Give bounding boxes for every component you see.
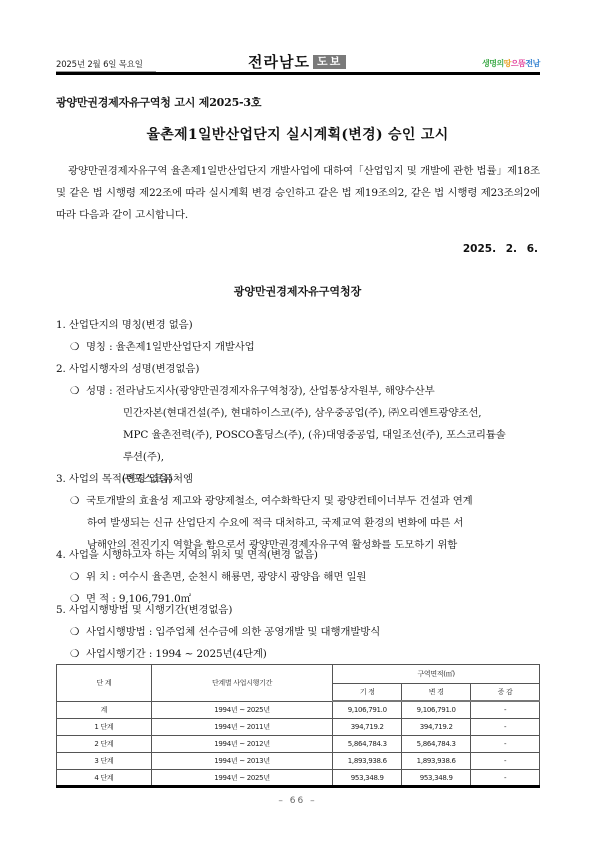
section-5: 5. 사업시행방법 및 시행기간(변경없음) ❍사업시행방법 : 입주업체 선수… bbox=[56, 599, 546, 665]
section-3: 3. 사업의 목적(변경 없음) ❍국토개발의 효율성 제고와 광양제철소, 여… bbox=[56, 468, 546, 556]
cell-existing: 394,719.2 bbox=[333, 719, 402, 736]
section-heading: 4. 사업을 시행하고자 하는 지역의 위치 및 면적(변경 없음) bbox=[56, 544, 546, 566]
circle-bullet-icon: ❍ bbox=[70, 643, 86, 665]
publication-badge: 도보 bbox=[313, 55, 346, 69]
footer-divider bbox=[56, 785, 540, 788]
table-row: 2 단계 1994년 ~ 2012년 5,864,784.3 5,864,784… bbox=[57, 736, 540, 753]
table-row: 4 단계 1994년 ~ 2025년 953,348.9 953,348.9 - bbox=[57, 770, 540, 787]
cell-existing: 5,864,784.3 bbox=[333, 736, 402, 753]
circle-bullet-icon: ❍ bbox=[70, 621, 86, 643]
list-item: ❍위 치 : 여수시 율촌면, 순천시 해룡면, 광양시 광양읍 해면 일원 bbox=[56, 566, 546, 588]
item-text: 사업시행방법 : 입주업체 선수금에 의한 공영개발 및 대행개발방식 bbox=[86, 626, 380, 638]
cell-changed: 953,348.9 bbox=[402, 770, 471, 787]
cell-period: 1994년 ~ 2012년 bbox=[151, 736, 333, 753]
cell-existing: 9,106,791.0 bbox=[333, 701, 402, 719]
item-text: 명칭 : 율촌제1일반산업단지 개발사업 bbox=[86, 341, 255, 353]
circle-bullet-icon: ❍ bbox=[70, 336, 86, 358]
section-heading: 3. 사업의 목적(변경 없음) bbox=[56, 468, 546, 490]
cell-changed: 5,864,784.3 bbox=[402, 736, 471, 753]
publication-name: 전라남도 bbox=[248, 53, 310, 71]
publication-title: 전라남도도보 bbox=[248, 51, 346, 72]
item-text: 성명 : 전라남도지사(광양만권경제자유구역청장), 산업통상자원부, 해양수산… bbox=[86, 385, 435, 397]
table-header-row: 단 계 단계별 사업시행기간 구역면적(㎡) bbox=[57, 665, 540, 684]
slogan-logo: 생명의땅으뜸전남 bbox=[482, 58, 540, 69]
cell-period: 1994년 ~ 2025년 bbox=[151, 770, 333, 787]
notice-date: 2025. 2. 6. bbox=[463, 243, 538, 255]
cell-existing: 1,893,938.6 bbox=[333, 753, 402, 770]
cell-stage: 계 bbox=[57, 701, 152, 719]
cell-diff: - bbox=[471, 770, 540, 787]
list-item: ❍명칭 : 율촌제1일반산업단지 개발사업 bbox=[56, 336, 546, 358]
section-heading: 1. 산업단지의 명칭(변경 없음) bbox=[56, 314, 546, 336]
notice-number: 광양만권경제자유구역청 고시 제2025-3호 bbox=[56, 94, 261, 110]
body-paragraph: 광양만권경제자유구역 율촌제1일반산업단지 개발사업에 대하여「산업입지 및 개… bbox=[56, 160, 540, 226]
section-heading: 2. 사업시행자의 성명(변경없음) bbox=[56, 358, 546, 380]
stage-area-table: 단 계 단계별 사업시행기간 구역면적(㎡) 기 정 변 경 증 감 계 199… bbox=[56, 664, 540, 787]
item-text: 국토개발의 효율성 제고와 광양제철소, 여수화학단지 및 광양컨테이너부두 건… bbox=[86, 495, 473, 507]
page-number: – 66 – bbox=[0, 796, 595, 806]
header-existing: 기 정 bbox=[333, 684, 402, 702]
cell-period: 1994년 ~ 2013년 bbox=[151, 753, 333, 770]
continuation-line: 민간자본(현대건설(주), 현대하이스코(주), 삼우중공업(주), ㈜오리엔트… bbox=[56, 402, 546, 424]
table-row: 3 단계 1994년 ~ 2013년 1,893,938.6 1,893,938… bbox=[57, 753, 540, 770]
header-stage: 단 계 bbox=[57, 665, 152, 702]
cell-stage: 3 단계 bbox=[57, 753, 152, 770]
circle-bullet-icon: ❍ bbox=[70, 566, 86, 588]
cell-changed: 1,893,938.6 bbox=[402, 753, 471, 770]
cell-stage: 4 단계 bbox=[57, 770, 152, 787]
table-row: 1 단계 1994년 ~ 2011년 394,719.2 394,719.2 - bbox=[57, 719, 540, 736]
table-row: 계 1994년 ~ 2025년 9,106,791.0 9,106,791.0 … bbox=[57, 701, 540, 719]
signer: 광양만권경제자유구역청장 bbox=[0, 283, 595, 299]
item-text: 위 치 : 여수시 율촌면, 순천시 해룡면, 광양시 광양읍 해면 일원 bbox=[86, 571, 366, 583]
item-text: 사업시행기간 : 1994 ~ 2025년(4단계) bbox=[86, 648, 267, 660]
cell-period: 1994년 ~ 2025년 bbox=[151, 701, 333, 719]
header-divider bbox=[56, 72, 540, 75]
header-diff: 증 감 bbox=[471, 684, 540, 702]
cell-stage: 1 단계 bbox=[57, 719, 152, 736]
cell-existing: 953,348.9 bbox=[333, 770, 402, 787]
list-item: ❍사업시행기간 : 1994 ~ 2025년(4단계) bbox=[56, 643, 546, 665]
slogan-part: 생명의 bbox=[482, 59, 504, 68]
header-period: 단계별 사업시행기간 bbox=[151, 665, 333, 702]
slogan-part: 전남 bbox=[525, 59, 539, 68]
cell-changed: 9,106,791.0 bbox=[402, 701, 471, 719]
cell-diff: - bbox=[471, 753, 540, 770]
section-heading: 5. 사업시행방법 및 시행기간(변경없음) bbox=[56, 599, 546, 621]
cell-period: 1994년 ~ 2011년 bbox=[151, 719, 333, 736]
section-1: 1. 산업단지의 명칭(변경 없음) ❍명칭 : 율촌제1일반산업단지 개발사업 bbox=[56, 314, 546, 358]
cell-changed: 394,719.2 bbox=[402, 719, 471, 736]
continuation-line: 루션(주), bbox=[56, 446, 546, 468]
circle-bullet-icon: ❍ bbox=[70, 490, 86, 512]
slogan-part: 땅 bbox=[504, 59, 511, 68]
publication-date: 2025년 2월 6일 목요일 bbox=[56, 58, 143, 70]
cell-diff: - bbox=[471, 701, 540, 719]
continuation-line: 하여 발생되는 신규 산업단지 수요에 적극 대처하고, 국제교역 환경의 변화… bbox=[56, 512, 546, 534]
list-item: ❍국토개발의 효율성 제고와 광양제철소, 여수화학단지 및 광양컨테이너부두 … bbox=[56, 490, 546, 512]
cell-diff: - bbox=[471, 719, 540, 736]
cell-diff: - bbox=[471, 736, 540, 753]
list-item: ❍성명 : 전라남도지사(광양만권경제자유구역청장), 산업통상자원부, 해양수… bbox=[56, 380, 546, 402]
list-item: ❍사업시행방법 : 입주업체 선수금에 의한 공영개발 및 대행개발방식 bbox=[56, 621, 546, 643]
cell-stage: 2 단계 bbox=[57, 736, 152, 753]
header-area-group: 구역면적(㎡) bbox=[333, 665, 540, 684]
slogan-part: 으뜸 bbox=[511, 59, 525, 68]
header-changed: 변 경 bbox=[402, 684, 471, 702]
circle-bullet-icon: ❍ bbox=[70, 380, 86, 402]
document-title: 율촌제1일반산업단지 실시계획(변경) 승인 고시 bbox=[0, 124, 595, 144]
continuation-line: MPC 율촌전력(주), POSCO홀딩스(주), (유)대영중공업, 대일조선… bbox=[56, 424, 546, 446]
